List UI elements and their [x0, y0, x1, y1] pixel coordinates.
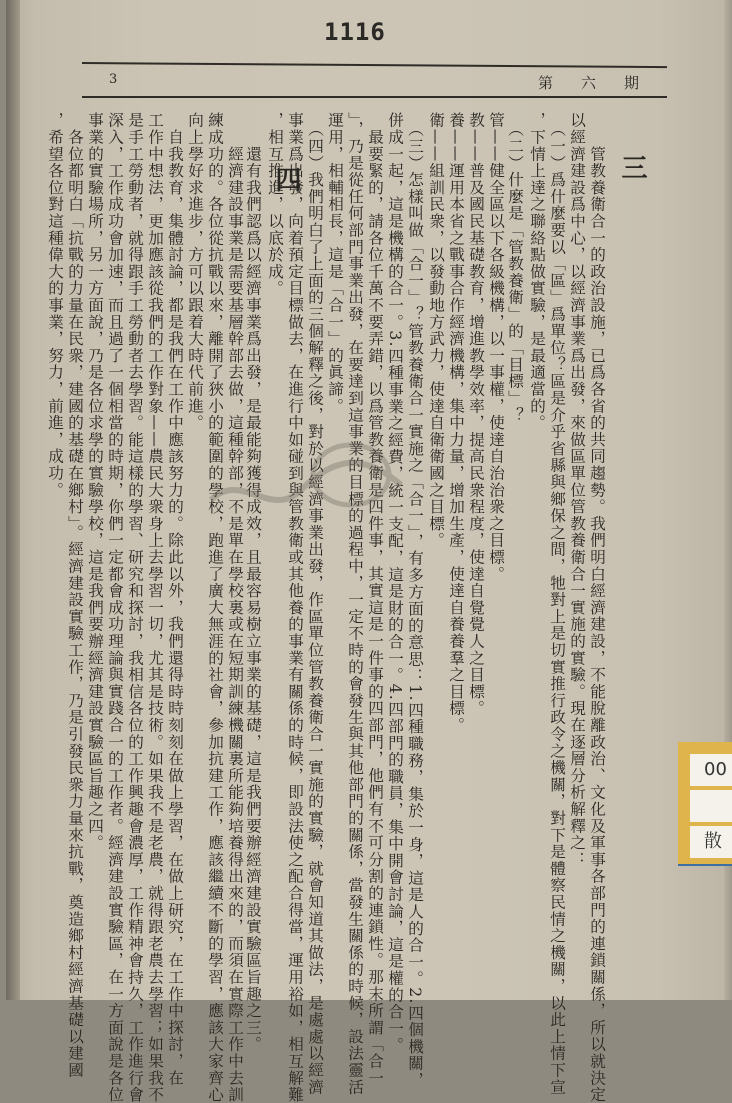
stamp-number: 1116 — [324, 18, 386, 46]
header-rule-bottom — [82, 96, 667, 98]
text-column: （四）我們明白了上面的三個解釋之後，對於以經濟事業出發，作區單位管教養衛合一實施… — [306, 112, 324, 1000]
text-column: 還有我們認爲以經濟事業爲出發，是最能夠獲得成效，且最容易樹立事業的基礎，這是我們… — [244, 112, 262, 1000]
text-column: 最要緊的，請各位千萬不要弄錯，以爲管教養衛是四件事，其實這是一件事的四部門，他們… — [366, 112, 384, 1000]
text-column: 養——運用本省之戰事合作經濟機構，集中力量，增加生產，使達自養養羣之目標。 — [447, 112, 465, 734]
text-column: ，相互推進，以底於成。 — [266, 112, 284, 297]
archive-label-line-3: 散 — [690, 826, 732, 858]
text-column: 經濟建設事業是需要基層幹部去做，這種幹部，不是單在學校裏或在短期訓練機關裏所能夠… — [226, 112, 244, 1000]
text-column: 運用，相輔相長，這是「合一」的眞諦。 — [326, 112, 344, 414]
header-page-number: 3 — [109, 72, 117, 87]
text-column: 練成功的。各位從抗戰以來，離開了狹小的範圍的學校，跑進了廣大無涯的社會，參加抗建… — [206, 112, 224, 1000]
archive-label: 00 散 — [678, 742, 732, 864]
section-number-3: 三 — [614, 154, 651, 180]
text-column: 事業爲出發，向着預定目標做去，在進行中如碰到與管教衛或其他養的事業有關係的時候，… — [286, 112, 304, 1000]
text-column: 自我教育，集體討論，都是我們在工作中應該努力的。除此以外，我們還得時時刻刻在做上… — [166, 112, 184, 1000]
text-column: ，下情上達之聯絡點做實驗，是最適當的。 — [528, 112, 546, 431]
text-column: 是手工勞動者，就得跟手工勞動者去學習。能這樣的學習、研究和探討，我相信各位的工作… — [126, 112, 144, 1000]
text-column: 併成一起，這是機構的合一。3.四種事業之經費，統一支配，這是財的合一。4.四部門… — [386, 112, 404, 1000]
header-issue-label: 第六期 — [538, 72, 667, 93]
text-column: 管教養衛合一的政治設施，已爲各省的共同趨勢。我們明白經濟建設，不能脫離政治、文化… — [588, 112, 606, 1000]
binding-spine — [6, 0, 20, 1000]
text-column: 工作中想法，更加應該從我們的工作對象——農民大衆身上去學習一切，尤其是技術。如果… — [146, 112, 164, 1000]
text-column: 」，乃是從任何部門事業出發，在要達到這事業的目標的過程中，一定不時的會發生與其他… — [346, 112, 364, 1000]
text-column: 事業的實驗場所，另一方面說，乃是各位求學的實驗學校，這是我們要辦經濟建設實驗區旨… — [86, 112, 104, 851]
scanned-page: 1116 3 第六期 三 四 管教養衛合一的政治設施，已爲各省的共同趨勢。我們明… — [6, 0, 728, 1000]
text-column: （二）什麼是「管教養衛」的「目標」？ — [506, 112, 524, 423]
text-column: （三）怎樣叫做「合一」？管教養衛合一實施之「合一」，有多方面的意思：1.四種職務… — [406, 112, 424, 1000]
text-column: 向上學好求進步，方可以跟着大時代前進。 — [186, 112, 204, 431]
text-column: 管——健全區以下各級機構，以一事權，使達自治治衆之目標。 — [487, 112, 505, 582]
text-column: 以經濟建設爲中心，以經濟事業爲出發，來做區單位管教養衛合一實施的實驗。現在逐層分… — [568, 112, 586, 868]
text-column: 教——普及國民基礎教育，增進教學效率，提高民衆程度，使達自覺覺人之目標。 — [467, 112, 485, 717]
archive-label-line-1: 00 — [690, 754, 732, 786]
archive-label-line-2 — [690, 790, 732, 822]
text-column: （一）爲什麼要以「區」爲單位？區是介乎省縣與鄉保之間，牠對上是切實推行政令之機關… — [548, 112, 566, 1000]
text-column: 各位都明白「抗戰的力量在民衆，建國的基礎在鄉村」。經濟建設實驗工作，乃是引發民衆… — [66, 112, 84, 1000]
header-rule-top — [82, 62, 667, 68]
text-column: 深入，工作成功會加速，而且過了一個相當的時期，你們一定都會成功理論與實踐合一的工… — [106, 112, 124, 1000]
library-stamp-watermark — [201, 430, 431, 550]
text-column: ，希望各位對這種偉大的事業，努力，前進，成功。 — [46, 112, 64, 498]
